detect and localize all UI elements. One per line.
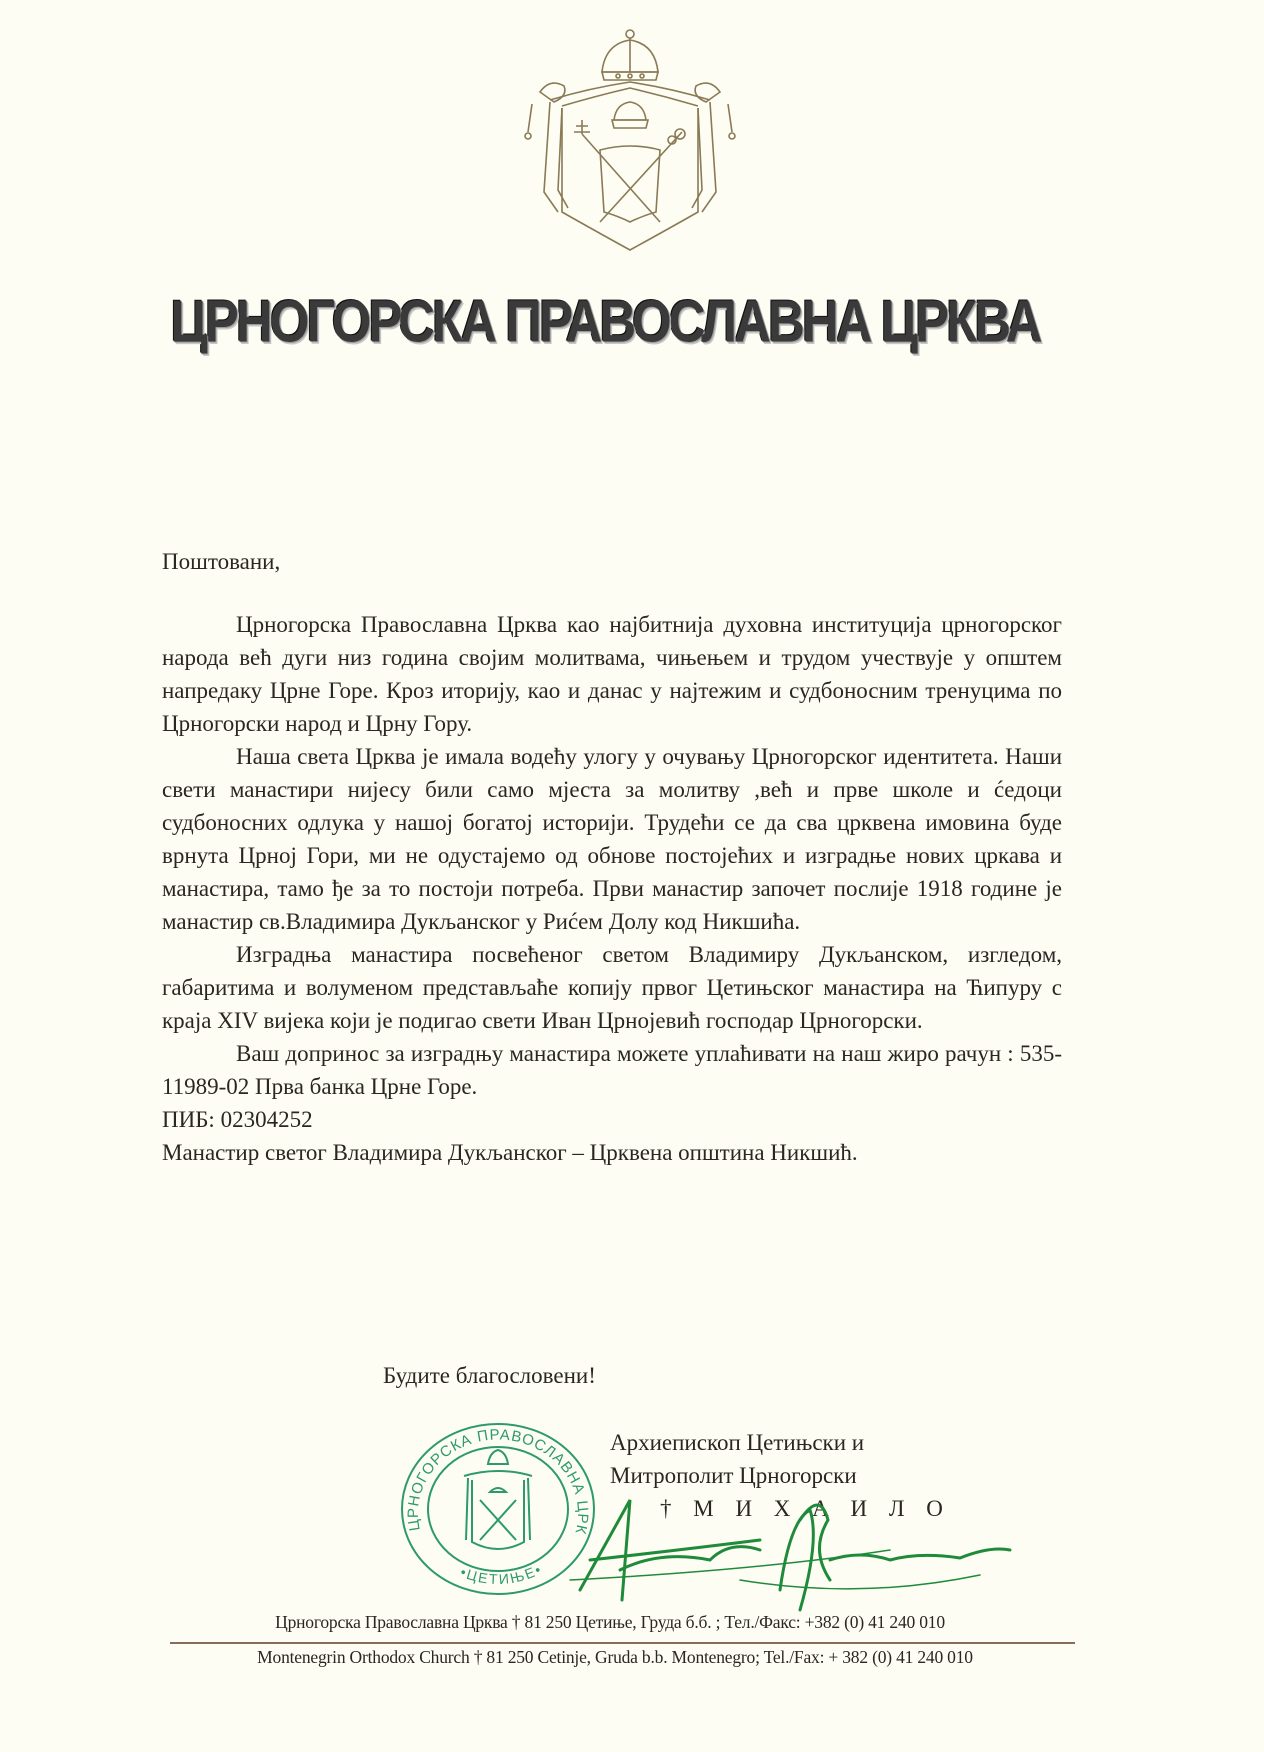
beneficiary: Манастир светог Владимира Дукљанског – Ц… xyxy=(162,1136,1062,1169)
footer-divider xyxy=(170,1642,1075,1644)
paragraph-history: Наша света Црква је имала водећу улогу у… xyxy=(162,740,1062,938)
paragraph-intro: Црногорска Православна Црква као најбитн… xyxy=(162,608,1062,740)
tax-id: ПИБ: 02304252 xyxy=(162,1103,1062,1136)
blessing: Будите благословени! xyxy=(383,1363,596,1389)
coat-of-arms-icon xyxy=(510,22,750,262)
signer-title-1: Архиепископ Цетињски и xyxy=(610,1426,951,1459)
paragraph-donation: Ваш допринос за изградњу манастира может… xyxy=(162,1037,1062,1103)
letter-body: Поштовани, Црногорска Православна Црква … xyxy=(162,545,1062,1169)
organization-masthead: ЦРНОГОРСКА ПРАВОСЛАВНА ЦРКВА xyxy=(140,288,1071,357)
greeting: Поштовани, xyxy=(162,545,1062,578)
handwritten-signature-icon xyxy=(560,1480,1020,1620)
paragraph-monastery: Изградња манастира посвећеног светом Вла… xyxy=(162,938,1062,1037)
footer-address-latin: Montenegrin Orthodox Church † 81 250 Cet… xyxy=(165,1647,1065,1668)
svg-text:•ЦЕТИЊЕ•: •ЦЕТИЊЕ• xyxy=(458,1561,545,1588)
footer-address-cyrillic: Црногорска Православна Црква † 81 250 Це… xyxy=(190,1612,1030,1633)
